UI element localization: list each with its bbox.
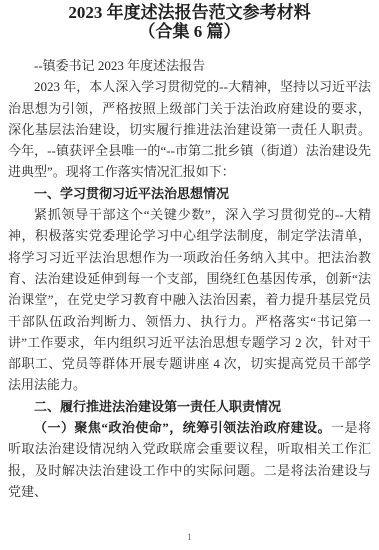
section-2-item-1-lead: （一）聚焦“政治使命”，统筹引领法治政府建设。 [34,420,331,435]
document-title-line-2: （合集 6 篇） [139,22,241,41]
section-1-heading: 一、学习贯彻习近平法治思想情况 [8,183,371,204]
section-2-item-1-paragraph: （一）聚焦“政治使命”，统筹引领法治政府建设。一是将听取法治建设情况纳入党政联席… [8,417,371,502]
page-number: 1 [0,532,379,542]
report-subtitle: --镇委书记 2023 年度述法报告 [8,55,371,76]
intro-paragraph: 2023 年，本人深入学习贯彻党的--大精神，坚持以习近平法治思想为引领，严格按… [8,76,371,182]
section-1-paragraph: 紧抓领导干部这个“关键少数”，深入学习贯彻党的--大精神，积极落实党委理论学习中… [8,204,371,396]
section-2-heading: 二、履行推进法治建设第一责任人职责情况 [8,396,371,417]
document-content: 2023 年度述法报告范文参考材料 （合集 6 篇） --镇委书记 2023 年… [0,0,379,502]
document-title: 2023 年度述法报告范文参考材料 （合集 6 篇） [8,3,371,41]
document-page: 2023 年度述法报告范文参考材料 （合集 6 篇） --镇委书记 2023 年… [0,0,379,550]
document-title-line-1: 2023 年度述法报告范文参考材料 [68,3,310,22]
